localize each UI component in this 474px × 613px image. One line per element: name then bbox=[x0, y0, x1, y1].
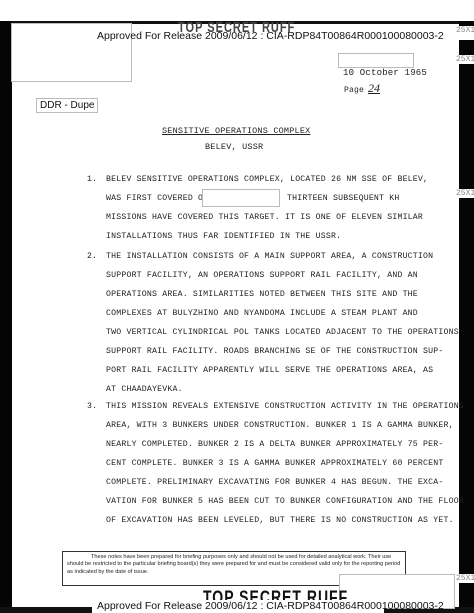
redaction-marker-25x1: 25X1 bbox=[455, 189, 474, 198]
paragraph-line: COMPLEXES AT BULYZHINO AND NYANDOMA INCL… bbox=[106, 309, 418, 318]
paragraph-line: CENT COMPLETE. BUNKER 3 IS A GAMMA BUNKE… bbox=[106, 459, 443, 468]
redaction-box-date bbox=[338, 53, 414, 68]
page-label: Page bbox=[344, 86, 364, 95]
document-title: SENSITIVE OPERATIONS COMPLEX bbox=[162, 126, 310, 136]
redaction-box-date-covered bbox=[202, 189, 280, 207]
paragraph-number: 3. bbox=[87, 402, 97, 411]
paragraph-number: 2. bbox=[87, 252, 97, 261]
paragraph-line: VATION FOR BUNKER 5 HAS BEEN CUT TO BUNK… bbox=[106, 497, 464, 506]
paragraph-line: INSTALLATIONS THUS FAR IDENTIFIED IN THE… bbox=[106, 232, 341, 241]
paragraph-line: NEARLY COMPLETED. BUNKER 2 IS A DELTA BU… bbox=[106, 440, 443, 449]
redaction-marker-25x1: 25X1 bbox=[455, 574, 474, 583]
paragraph-line: THE INSTALLATION CONSISTS OF A MAIN SUPP… bbox=[106, 252, 433, 261]
scan-border-right bbox=[459, 21, 474, 613]
paragraph-line: OPERATIONS AREA. SIMILARITIES NOTED BETW… bbox=[106, 290, 418, 299]
paragraph-number: 1. bbox=[87, 175, 97, 184]
briefing-notice-text: These notes have been prepared for brief… bbox=[63, 552, 405, 576]
page-number: 24 bbox=[368, 81, 380, 96]
paragraph-line: THIRTEEN SUBSEQUENT KH bbox=[287, 194, 400, 203]
paragraph-line: WAS FIRST COVERED ON bbox=[106, 194, 208, 203]
paragraph-line: BELEV SENSITIVE OPERATIONS COMPLEX, LOCA… bbox=[106, 175, 428, 184]
document-date: 10 October 1965 bbox=[343, 68, 427, 78]
redaction-marker-25x1: 25X1 bbox=[455, 26, 474, 35]
release-line-bottom: Approved For Release 2009/06/12 : CIA-RD… bbox=[97, 600, 444, 612]
paragraph-line: MISSIONS HAVE COVERED THIS TARGET. IT IS… bbox=[106, 213, 423, 222]
scan-border-left bbox=[0, 21, 12, 613]
paragraph-line: THIS MISSION REVEALS EXTENSIVE CONSTRUCT… bbox=[106, 402, 464, 411]
paragraph-line: AREA, WITH 3 BUNKERS UNDER CONSTRUCTION.… bbox=[106, 421, 454, 430]
document-subtitle: BELEV, USSR bbox=[205, 142, 263, 152]
paragraph-line: SUPPORT FACILITY, AN OPERATIONS SUPPORT … bbox=[106, 271, 418, 280]
paragraph-line: AT CHAADAYEVKA. bbox=[106, 385, 183, 394]
release-line-top: Approved For Release 2009/06/12 : CIA-RD… bbox=[97, 30, 444, 42]
paragraph-line: COMPLETE. PRELIMINARY EXCAVATING FOR BUN… bbox=[106, 478, 443, 487]
paragraph-line: PORT RAIL FACILITY APPARENTLY WILL SERVE… bbox=[106, 366, 433, 375]
paragraph-line: TWO VERTICAL CYLINDRICAL POL TANKS LOCAT… bbox=[106, 328, 459, 337]
ddr-dupe-label: DDR - Dupe bbox=[36, 98, 98, 113]
paragraph-line: OF EXCAVATION HAS BEEN LEVELED, BUT THER… bbox=[106, 516, 454, 525]
paragraph-line: SUPPORT RAIL FACILITY. ROADS BRANCHING S… bbox=[106, 347, 443, 356]
redaction-marker-25x1: 25X1 bbox=[455, 55, 474, 64]
